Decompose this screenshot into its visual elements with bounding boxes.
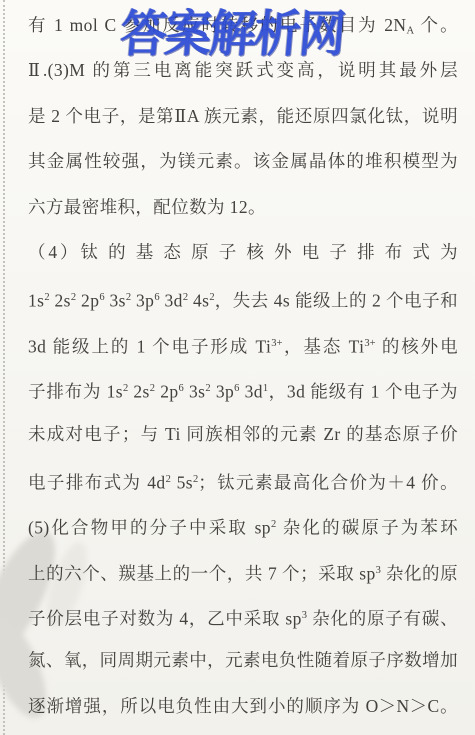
text-run: 5s	[171, 472, 193, 492]
text-run: ；钛元素最高化合价为＋4 价。	[198, 472, 458, 492]
text-line: 是 2 个电子，是第ⅡA 族元素，能还原四氯化钛，说明	[28, 94, 458, 139]
document-text: 有 1 mol C 参加反应时转移的电子数目为 2NA 个。Ⅱ.(3)M 的第三…	[28, 3, 458, 729]
text-run: 上的六个、羰基上的一个，共 7 个；采取 sp	[28, 563, 376, 583]
text-run: 3d	[160, 291, 183, 311]
text-line: 逐渐增强，所以电负性由大到小的顺序为 O＞N＞C。	[28, 684, 458, 729]
text-line: 未成对电子；与 Ti 同族相邻的元素 Zr 的基态原子价	[28, 412, 458, 457]
text-run: 杂化的碳原子为苯环	[276, 518, 458, 538]
watermark: 答案解析网	[118, 0, 347, 66]
text-run: ，3d 能级有 1 个电子为	[268, 381, 458, 401]
text-sup: 3+	[364, 338, 375, 349]
text-run: 子排布为 1s	[28, 381, 123, 401]
text-run: 氮、氧，同周期元素中，元素电负性随着原子序数增加	[28, 650, 458, 670]
text-run: 的核外电	[376, 336, 459, 356]
text-run: 3p	[131, 291, 154, 311]
text-run: ，基态 Ti	[282, 336, 364, 356]
text-run: 3p	[211, 381, 235, 401]
text-run: 六方最密堆积，配位数为 12。	[28, 197, 266, 217]
text-line: （4）钛 的 基 态 原 子 核 外 电 子 排 布 式 为	[28, 230, 458, 275]
text-run: 其金属性较强，为镁元素。该金属晶体的堆积模型为	[28, 151, 458, 171]
page: 有 1 mol C 参加反应时转移的电子数目为 2NA 个。Ⅱ.(3)M 的第三…	[0, 0, 475, 735]
text-sup: 3+	[271, 338, 282, 349]
text-run: 3s	[105, 291, 126, 311]
text-line: (5)化合物甲的分子中采取 sp2 杂化的碳原子为苯环	[28, 502, 458, 547]
text-run: 1s	[28, 291, 44, 311]
text-run: 3d 能级上的 1 个电子形成 Ti	[28, 336, 271, 356]
text-run: 未成对电子；与 Ti 同族相邻的元素 Zr 的基态原子价	[28, 424, 458, 444]
text-line: 1s2 2s2 2p6 3s2 3p6 3d2 4s2，失去 4s 能级上的 2…	[28, 275, 458, 320]
text-run: 2s	[50, 291, 71, 311]
text-run: 是 2 个电子，是第ⅡA 族元素，能还原四氯化钛，说明	[28, 106, 458, 126]
text-line: 氮、氧，同周期元素中，元素电负性随着原子序数增加	[28, 638, 458, 683]
text-line: 六方最密堆积，配位数为 12。	[28, 185, 458, 230]
text-run: 2p	[155, 381, 179, 401]
text-run: 3s	[184, 381, 206, 401]
text-run: N	[393, 15, 406, 35]
text-run: 4s	[188, 291, 209, 311]
text-run: 2p	[76, 291, 99, 311]
text-run: 子价层电子对数为 4，乙中采取 sp	[28, 608, 302, 628]
text-line: 电子排布式为 4d2 5s2；钛元素最高化合价为＋4 价。	[28, 457, 458, 502]
text-run: 杂化的原	[381, 563, 458, 583]
text-sub: A	[406, 26, 414, 37]
text-run: 2s	[128, 381, 150, 401]
text-run: ，失去 4s 能级上的 2 个电子和	[215, 291, 458, 311]
text-run: 电子排布式为 4d	[28, 472, 166, 492]
text-run: （4）钛 的 基 态 原 子 核 外 电 子 排 布 式 为	[28, 242, 458, 262]
text-run: 个。	[414, 15, 458, 35]
text-line: 3d 能级上的 1 个电子形成 Ti3+，基态 Ti3+ 的核外电	[28, 321, 458, 366]
text-run: 逐渐增强，所以电负性由大到小的顺序为 O＞N＞C。	[28, 696, 458, 716]
text-line: 子排布为 1s2 2s2 2p6 3s2 3p6 3d1，3d 能级有 1 个电…	[28, 366, 458, 411]
text-run: 3d	[239, 381, 263, 401]
text-line: 子价层电子对数为 4，乙中采取 sp3 杂化的原子有碳、	[28, 593, 458, 638]
text-run: 杂化的原子有碳、	[307, 608, 458, 628]
text-line: 上的六个、羰基上的一个，共 7 个；采取 sp3 杂化的原	[28, 548, 458, 593]
text-run: (5)化合物甲的分子中采取 sp	[28, 518, 271, 538]
text-line: 其金属性较强，为镁元素。该金属晶体的堆积模型为	[28, 139, 458, 184]
